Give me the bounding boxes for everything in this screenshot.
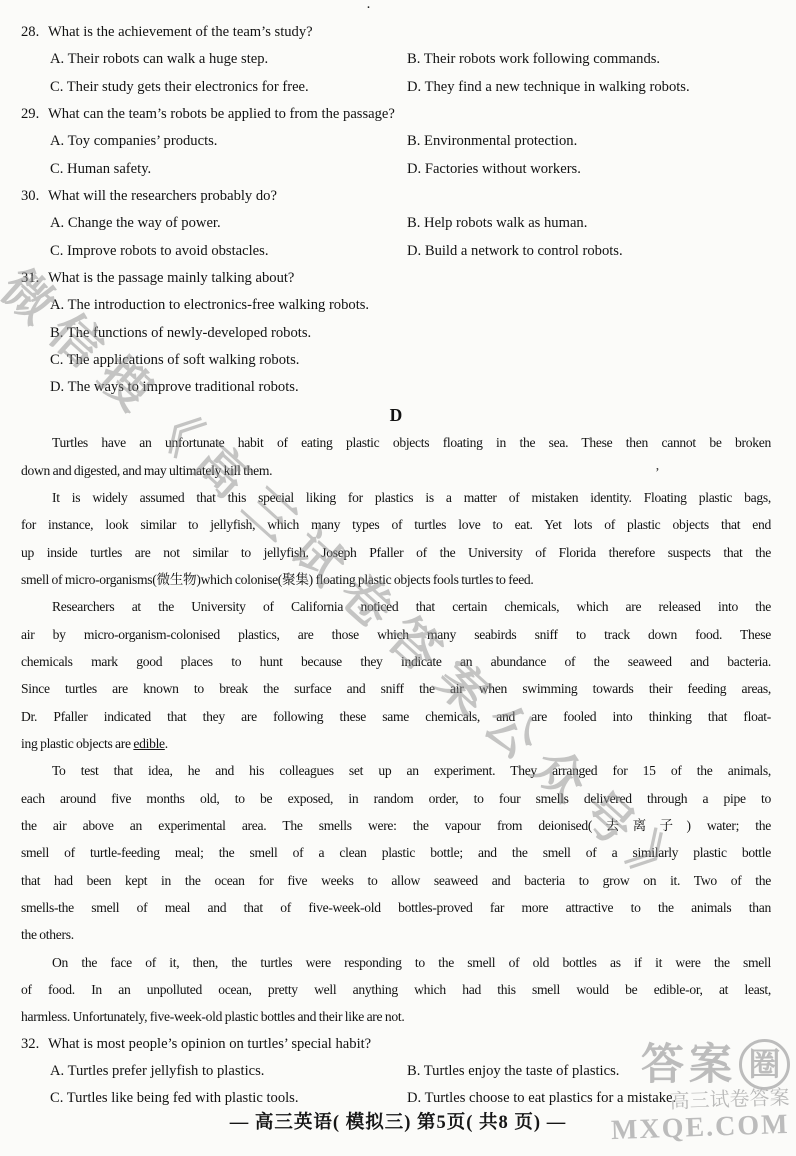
passage-line: of food. In an unpolluted ocean, pretty … — [21, 976, 771, 1003]
option-b: B. Environmental protection. — [407, 128, 577, 155]
passage-line: To test that idea, he and his colleagues… — [21, 757, 771, 784]
option-c: C. Improve robots to avoid obstacles. — [50, 238, 407, 265]
page-footer: — 高三英语( 模拟三) 第5页( 共8 页) — — [0, 1108, 796, 1134]
scan-dot-artifact: · — [366, 0, 371, 17]
scan-mark-artifact: ’ — [655, 466, 660, 482]
question-number: 28. — [21, 19, 48, 46]
passage-line-with-underline: ing plastic objects are edible. — [21, 730, 771, 757]
passage-line: the others. — [21, 921, 771, 948]
option-a: A. The introduction to electronics-free … — [50, 292, 771, 319]
passage-section-label: D — [21, 402, 771, 429]
passage-line: chemicals mark good places to hunt becau… — [21, 648, 771, 675]
question-number: 30. — [21, 183, 48, 210]
passage-line: up inside turtles are not similar to jel… — [21, 539, 771, 566]
option-b: B. Turtles enjoy the taste of plastics. — [407, 1058, 619, 1085]
question-number: 31. — [21, 265, 48, 292]
question-30: 30.What will the researchers probably do… — [21, 183, 771, 210]
question-31: 31.What is the passage mainly talking ab… — [21, 265, 771, 292]
question-number: 32. — [21, 1031, 48, 1058]
passage-line: Researchers at the University of Califor… — [21, 593, 771, 620]
option-a: A. Toy companies’ products. — [50, 128, 407, 155]
option-c: C. Human safety. — [50, 156, 407, 183]
option-a: A. Turtles prefer jellyfish to plastics. — [50, 1058, 407, 1085]
question-29-options-row-2: C. Human safety. D. Factories without wo… — [21, 156, 771, 183]
exam-page-content: 28.What is the achievement of the team’s… — [21, 19, 771, 1113]
question-32: 32.What is most people’s opinion on turt… — [21, 1031, 771, 1058]
option-b: B. Help robots walk as human. — [407, 210, 587, 237]
question-32-options-row-1: A. Turtles prefer jellyfish to plastics.… — [21, 1058, 771, 1085]
option-c: C. Their study gets their electronics fo… — [50, 74, 407, 101]
passage-line: Turtles have an unfortunate habit of eat… — [21, 429, 771, 456]
passage-line: Dr. Pfaller indicated that they are foll… — [21, 703, 771, 730]
passage-line: It is widely assumed that this special l… — [21, 484, 771, 511]
question-30-options-row-2: C. Improve robots to avoid obstacles. D.… — [21, 238, 771, 265]
question-30-options-row-1: A. Change the way of power. B. Help robo… — [21, 210, 771, 237]
option-b: B. The functions of newly-developed robo… — [50, 320, 771, 347]
passage-line: the air above an experimental area. The … — [21, 812, 771, 839]
option-d: D. The ways to improve traditional robot… — [50, 374, 771, 401]
option-a: A. Their robots can walk a huge step. — [50, 46, 407, 73]
question-28: 28.What is the achievement of the team’s… — [21, 19, 771, 46]
option-a: A. Change the way of power. — [50, 210, 407, 237]
question-number: 29. — [21, 101, 48, 128]
question-29: 29.What can the team’s robots be applied… — [21, 101, 771, 128]
option-d: D. Factories without workers. — [407, 156, 581, 183]
passage-line: harmless. Unfortunately, five-week-old p… — [21, 1003, 771, 1030]
passage-line: each around five months old, to be expos… — [21, 785, 771, 812]
passage-line: smell of turtle-feeding meal; the smell … — [21, 839, 771, 866]
option-c: C. The applications of soft walking robo… — [50, 347, 771, 374]
passage-line: that had been kept in the ocean for five… — [21, 867, 771, 894]
question-28-options-row-1: A. Their robots can walk a huge step. B.… — [21, 46, 771, 73]
question-text: What is the achievement of the team’s st… — [48, 24, 313, 40]
passage-line: smells-the smell of meal and that of fiv… — [21, 894, 771, 921]
underlined-word-edible: edible — [133, 736, 164, 751]
passage-line: smell of micro-organisms(微生物)which colon… — [21, 566, 771, 593]
question-text: What will the researchers probably do? — [48, 188, 277, 204]
question-28-options-row-2: C. Their study gets their electronics fo… — [21, 74, 771, 101]
passage-text: . — [165, 736, 168, 751]
passage-text: ing plastic objects are — [21, 736, 133, 751]
option-d: D. Build a network to control robots. — [407, 238, 623, 265]
question-29-options-row-1: A. Toy companies’ products. B. Environme… — [21, 128, 771, 155]
passage-line: air by micro-organism-colonised plastics… — [21, 621, 771, 648]
option-b: B. Their robots work following commands. — [407, 46, 660, 73]
question-text: What can the team’s robots be applied to… — [48, 106, 395, 122]
passage-line: Since turtles are known to break the sur… — [21, 675, 771, 702]
passage-line: On the face of it, then, the turtles wer… — [21, 949, 771, 976]
question-text: What is most people’s opinion on turtles… — [48, 1036, 371, 1052]
passage-line: for instance, look similar to jellyfish,… — [21, 511, 771, 538]
question-text: What is the passage mainly talking about… — [48, 270, 294, 286]
option-d: D. They find a new technique in walking … — [407, 74, 690, 101]
